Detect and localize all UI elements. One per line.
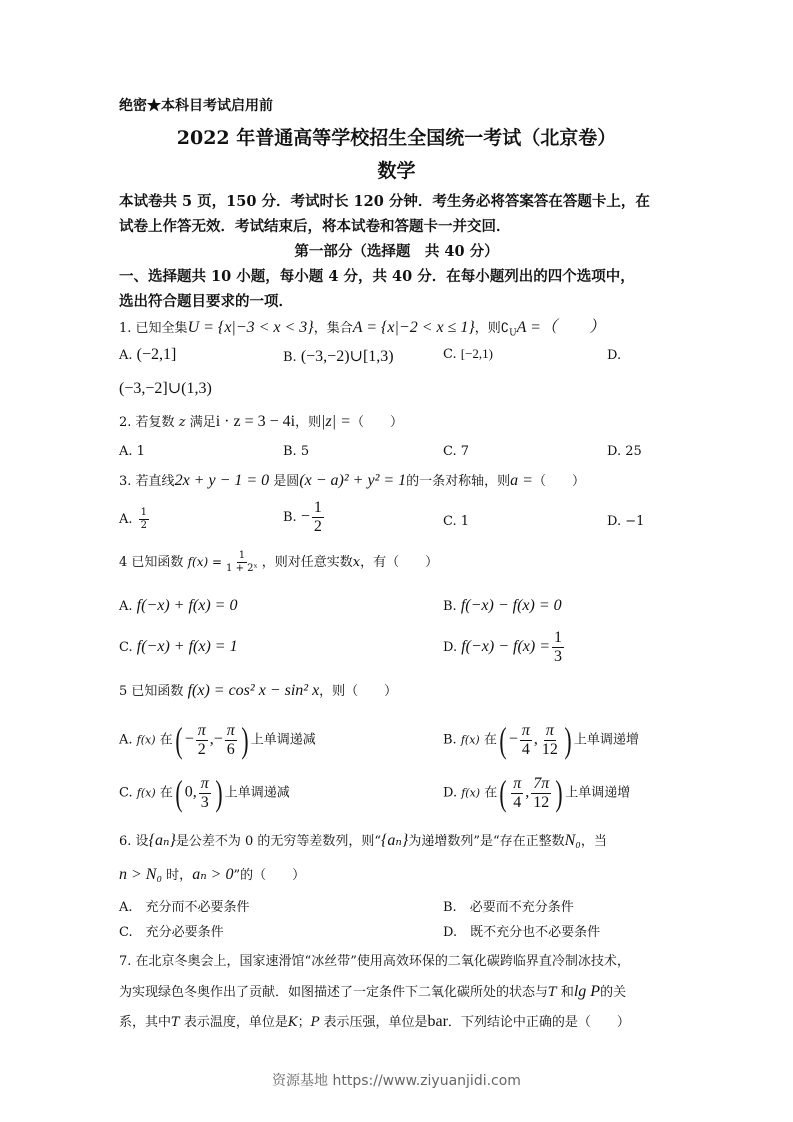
question-3-option-c: C. 1 — [443, 514, 469, 529]
question-4-option-c: C. f(−x) + f(x) = 1 — [119, 638, 238, 656]
question-5-option-c: C. f(x) 在(0,π3)上单调递减 — [119, 775, 290, 811]
section1-instructions-line-1: 一、选择题共 10 小题，每小题 4 分，共 40 分．在每小题列出的四个选项中… — [119, 265, 635, 286]
exam-title: 2022 年普通高等学校招生全国统一考试（北京卷） — [0, 123, 793, 150]
question-6-stem-line-2: n > N₀ 时，aₙ > 0”的（ ） — [119, 864, 305, 884]
question-4-option-d: D. f(−x) − f(x) =13 — [443, 630, 566, 665]
question-3-option-d: D. −1 — [607, 514, 644, 529]
question-2-stem: 2. 若复数 z 满足i · z = 3 − 4i，则|z| =（ ） — [119, 411, 403, 431]
question-4-option-a: A. f(−x) + f(x) = 0 — [119, 597, 237, 615]
question-4-stem: 4 已知函数 f(x) =11 + 2ˣ，则对任意实数x，有（ ） — [119, 551, 438, 574]
question-2-option-b: B. 5 — [283, 444, 309, 459]
question-6-option-d: D. 既不充分也不必要条件 — [443, 921, 600, 940]
question-5-option-a: A. f(x) 在(−π2,−π6)上单调递减 — [119, 722, 316, 758]
question-4-option-b: B. f(−x) − f(x) = 0 — [443, 597, 562, 615]
question-5-option-d: D. f(x) 在(π4,7π12)上单调递增 — [443, 775, 630, 811]
instructions-line-2: 试卷上作答无效．考试结束后，将本试卷和答题卡一并交回． — [119, 215, 511, 236]
question-1-stem: 1. 已知全集U = {x|−3 < x < 3}，集合A = {x|−2 < … — [119, 314, 605, 339]
question-3-option-b: B. −12 — [283, 500, 326, 535]
question-2-option-c: C. 7 — [443, 444, 469, 459]
part1-title: 第一部分（选择题 共 40 分） — [0, 240, 793, 261]
question-6-option-b: B. 必要而不充分条件 — [443, 896, 574, 915]
question-1-option-a: A. (−2,1] — [119, 346, 176, 364]
subject-title: 数学 — [0, 156, 793, 183]
watermark-footer: 资源基地 https://www.ziyuanjidi.com — [0, 1070, 793, 1090]
question-6-stem-line-1: 6. 设{aₙ}是公差不为 0 的无穷等差数列，则“{aₙ}为递增数列”是“存在… — [119, 830, 607, 850]
instructions-line-1: 本试卷共 5 页，150 分．考试时长 120 分钟．考生务必将答案答在答题卡上… — [119, 190, 650, 211]
question-1-option-d-label: D. — [607, 348, 621, 363]
question-1-option-d: (−3,−2]∪(1,3) — [119, 378, 212, 398]
question-6-option-a: A. 充分而不必要条件 — [119, 896, 250, 915]
section1-instructions-line-2: 选出符合题目要求的一项． — [119, 290, 293, 311]
question-2-option-d: D. 25 — [607, 444, 642, 459]
question-6-option-c: C. 充分必要条件 — [119, 921, 224, 940]
question-7-stem-line-1: 7. 在北京冬奥会上，国家速滑馆“冰丝带”使用高效环保的二氧化碳跨临界直冷制冰技… — [119, 950, 630, 969]
confidential-label: 绝密★本科目考试启用前 — [119, 95, 273, 115]
question-5-option-b: B. f(x) 在(−π4,π12)上单调递增 — [443, 722, 639, 758]
question-7-stem-line-3: 系，其中T 表示温度，单位是K；P 表示压强，单位是bar．下列结论中正确的是（… — [119, 1011, 630, 1031]
question-3-option-a: A. 12 — [119, 508, 151, 531]
question-7-stem-line-2: 为实现绿色冬奥作出了贡献．如图描述了一定条件下二氧化碳所处的状态与T 和lg P… — [119, 981, 626, 1001]
question-1-option-c: C. [−2,1) — [443, 346, 493, 362]
question-1-option-b: B. (−3,−2)∪[1,3) — [283, 346, 394, 366]
question-2-option-a: A. 1 — [119, 444, 145, 459]
question-3-stem: 3. 若直线2x + y − 1 = 0 是圆(x − a)² + y² = 1… — [119, 470, 585, 490]
question-5-stem: 5 已知函数 f(x) = cos² x − sin² x，则（ ） — [119, 680, 397, 700]
